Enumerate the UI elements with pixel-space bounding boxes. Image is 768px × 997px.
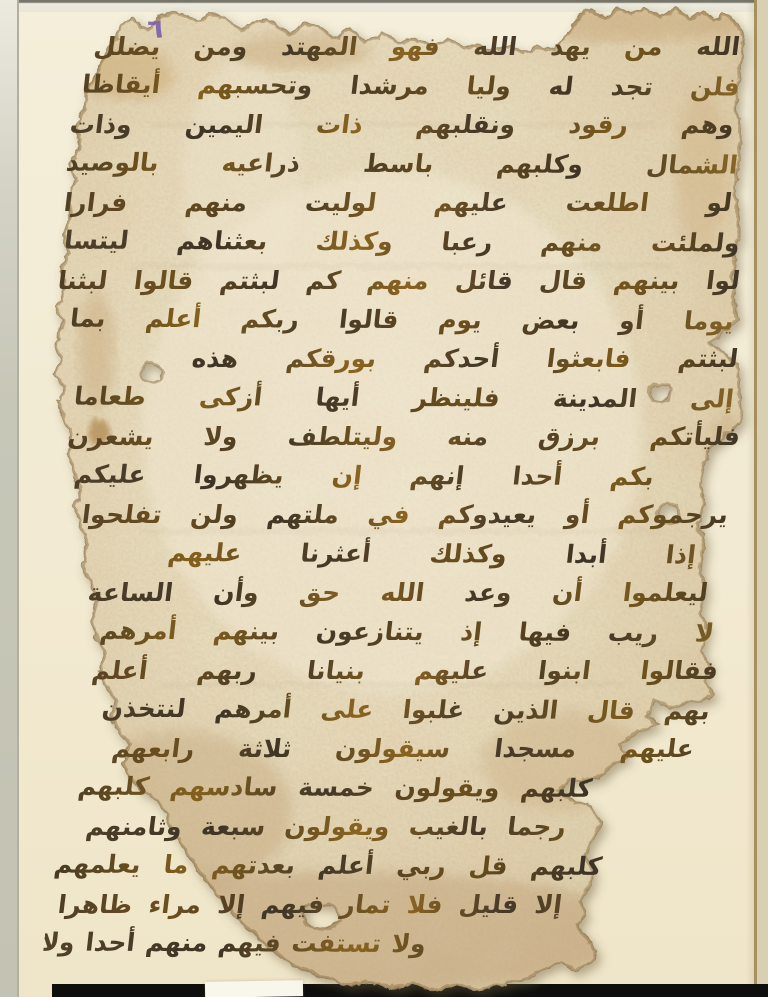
manuscript-line: ولملئت منهم رعبا وكذلك بعثناهم ليتسا [42,220,744,262]
manuscript-line: وهم رقود ونقلبهم ذات اليمين وذات [42,105,745,144]
manuscript-line: إلا قليل فلا تمار فيهم إلا مراء ظاهرا [42,885,745,924]
manuscript-line: كلبهم ويقولون خمسة سادسهم كلبهم [42,766,744,808]
manuscript-line: إلى المدينة فلينظر أيها أزكى طعاما [42,376,744,418]
manuscript-line: لبثتم فابعثوا أحدكم بورقكم هذه [42,339,745,378]
manuscript-line: لا ريب فيها إذ يتنازعون بينهم أمرهم [42,610,744,652]
manuscript-line: لوا بينهم قال قائل منهم كم لبثتم قالوا ل… [42,261,745,300]
folio-number-mark: ٦ [146,13,164,45]
manuscript-line: فلن تجد له وليا مرشدا وتحسبهم أيقاظا [42,64,744,106]
manuscript-line: رجما بالغيب ويقولون سبعة وثامنهم [42,807,745,846]
manuscript-line: عليهم مسجدا سيقولون ثلاثة رابعهم [42,729,745,768]
manuscript-line: يرجموكم أو يعيدوكم في ملتهم ولن تفلحوا [42,495,745,534]
manuscript-line: ليعلموا أن وعد الله حق وأن الساعة [42,573,745,612]
manuscript-line: بهم قال الذين غلبوا على أمرهم لنتخذن [42,688,744,730]
manuscript-line: فليأتكم برزق منه وليتلطف ولا يشعرن [42,417,745,456]
manuscript-line: يوما أو بعض يوم قالوا ربكم أعلم بما [42,298,744,340]
manuscript-line: ولا تستفت فيهم منهم أحدا ولا تق [42,922,744,964]
manuscript-line: الشمال وكلبهم باسط ذراعيه بالوصيد [42,142,744,184]
manuscript-photo: ٦ الله من يهد الله فهو المهتد ومن يضلل ف… [0,0,768,997]
manuscript-line: لو اطلعت عليهم لوليت منهم فرارا [42,183,745,222]
manuscript-line: فقالوا ابنوا عليهم بنيانا ربهم أعلم [42,651,745,690]
manuscript-line: بكم أحدا إنهم إن يظهروا عليكم [42,454,744,496]
manuscript-line: كلبهم قل ربي أعلم بعدتهم ما يعلمهم [42,844,744,886]
manuscript-text-block: الله من يهد الله فهو المهتد ومن يضلل فلن… [44,27,742,963]
manuscript-line: إذا أبدا وكذلك أعثرنا عليهم [42,532,744,574]
